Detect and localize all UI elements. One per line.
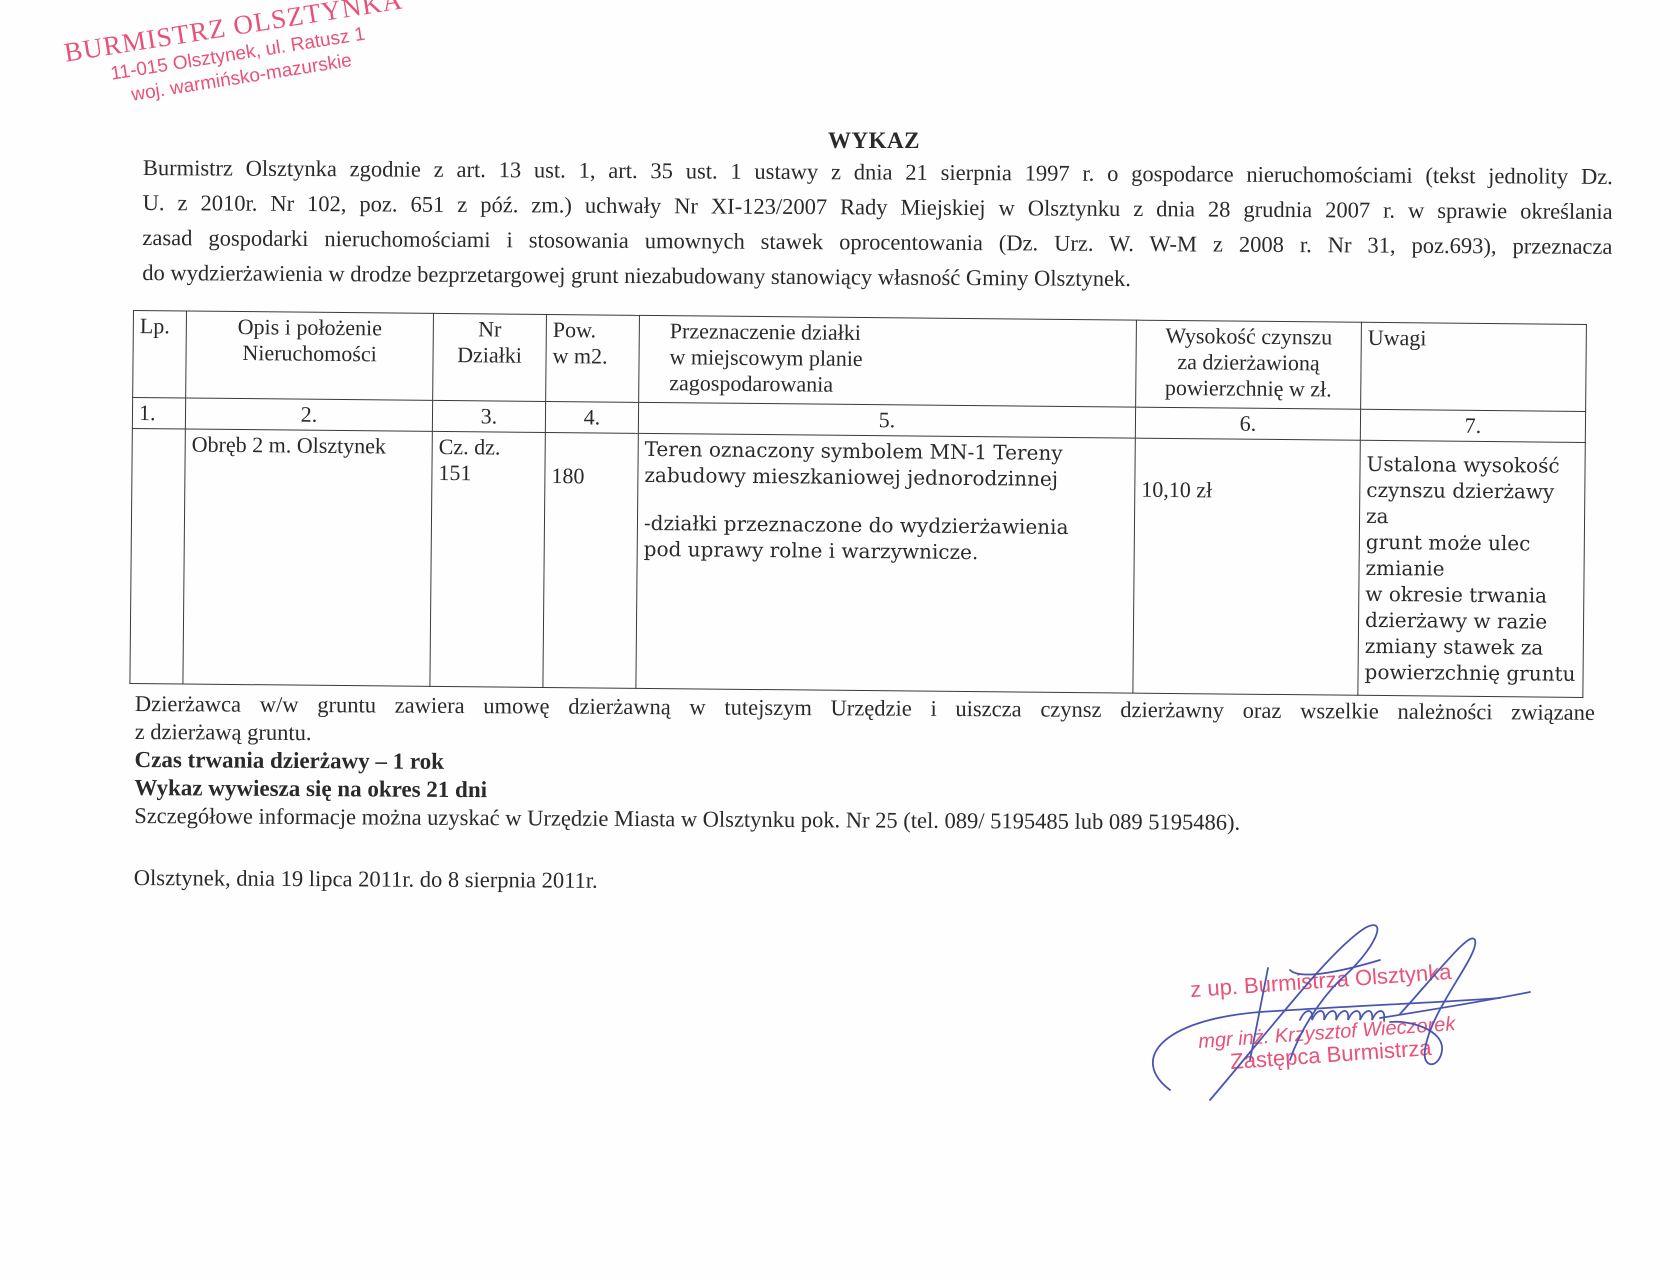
office-stamp: BURMISTRZ OLSZTYNKA 11-015 Olsztynek, ul… xyxy=(62,0,412,116)
header-przeznaczenie: Przeznaczenie działki w miejscowym plani… xyxy=(639,315,1137,407)
cell-pow: 180 xyxy=(543,432,638,688)
notes-section: Dzierżawca w/w gruntu zawiera umowę dzie… xyxy=(134,690,1595,901)
cell-opis: Obręb 2 m. Olsztynek xyxy=(183,429,432,686)
table-header-row: Lp. Opis i położenie Nieruchomości Nr Dz… xyxy=(133,311,1587,412)
cell-czynsz: 10,10 zł xyxy=(1133,438,1360,695)
col-number: 3. xyxy=(432,400,545,432)
col-number: 1. xyxy=(132,398,185,430)
header-nr-dzialki: Nr Działki xyxy=(433,313,547,401)
header-czynsz: Wysokość czynszu za dzierżawioną powierz… xyxy=(1136,320,1362,409)
cell-nr-dzialki: Cz. dz. 151 xyxy=(430,431,545,687)
col-number: 5. xyxy=(638,402,1135,438)
handwritten-signature-icon xyxy=(1150,910,1570,1110)
col-number: 7. xyxy=(1360,409,1585,442)
header-uwagi: Uwagi xyxy=(1361,322,1587,411)
header-lp: Lp. xyxy=(133,311,187,399)
header-pow: Pow. w m2. xyxy=(546,314,640,402)
intro-paragraph: Burmistrz Olsztynka zgodnie z art. 13 us… xyxy=(142,150,1613,299)
col-number: 6. xyxy=(1135,407,1360,440)
col-number: 4. xyxy=(545,401,638,433)
place-date: Olsztynek, dnia 19 lipca 2011r. do 8 sie… xyxy=(134,864,1594,901)
cell-lp xyxy=(130,428,185,683)
table-row: Obręb 2 m. Olsztynek Cz. dz. 151 180 Ter… xyxy=(130,428,1585,697)
header-opis: Opis i położenie Nieruchomości xyxy=(186,311,434,400)
col-number: 2. xyxy=(185,398,432,431)
cell-przeznaczenie: Teren oznaczony symbolem MN-1 Tereny zab… xyxy=(636,433,1135,693)
property-table: Lp. Opis i położenie Nieruchomości Nr Dz… xyxy=(129,310,1587,698)
signature-block: z up. Burmistrza Olsztynka mgr inż. Krzy… xyxy=(1150,910,1570,1110)
document-title: WYKAZ xyxy=(828,128,920,154)
cell-uwagi: Ustalona wysokość czynszu dzierżawy za g… xyxy=(1358,440,1585,697)
